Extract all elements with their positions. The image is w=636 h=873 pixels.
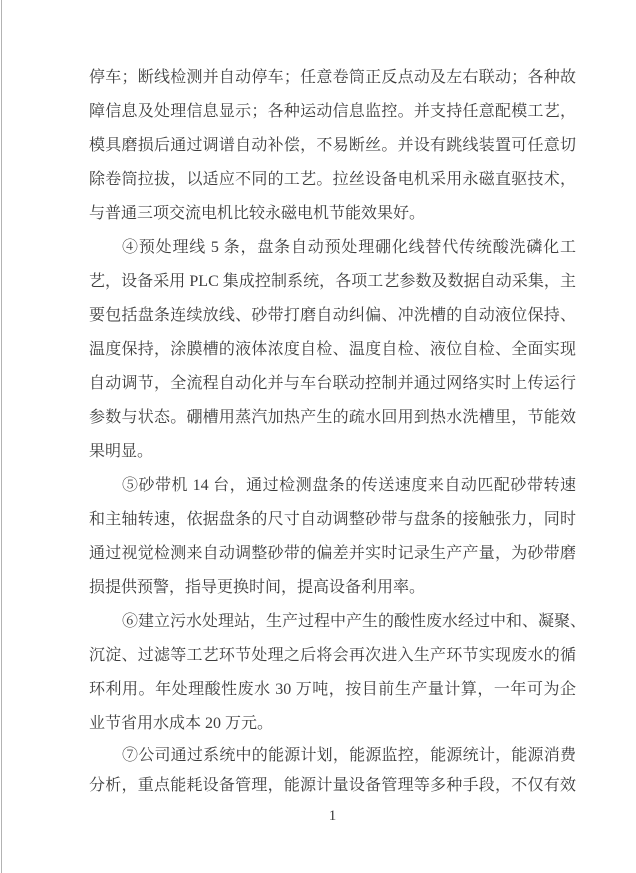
text-line: 障信息及处理信息显示；各种运动信息监控。并支持任意配模工艺， <box>89 95 576 129</box>
text-line: 除卷筒拉拔，以适应不同的工艺。拉丝设备电机采用永磁直驱技术， <box>89 163 576 197</box>
text-line: ⑤砂带机 14 台，通过检测盘条的传送速度来自动匹配砂带转速 <box>89 469 576 503</box>
text-line: 参数与状态。硼槽用蒸汽加热产生的疏水回用到热水洗槽里，节能效 <box>89 401 576 435</box>
text-line: 与普通三项交流电机比较永磁电机节能效果好。 <box>89 197 576 231</box>
paragraph: 停车；断线检测并自动停车；任意卷筒正反点动及左右联动；各种故 障信息及处理信息显… <box>89 61 576 231</box>
text-line: 要包括盘条连续放线、砂带打磨自动纠偏、冲洗槽的自动液位保持、 <box>89 299 576 333</box>
text-line: 果明显。 <box>89 435 576 469</box>
text-line: 业节省用水成本 20 万元。 <box>89 707 576 741</box>
text-column: 停车；断线检测并自动停车；任意卷筒正反点动及左右联动；各种故 障信息及处理信息显… <box>89 61 576 801</box>
paragraph: ⑥建立污水处理站，生产过程中产生的酸性废水经过中和、凝聚、 沉淀、过滤等工艺环节… <box>89 605 576 741</box>
text-line: ⑦公司通过系统中的能源计划，能源监控，能源统计，能源消费 <box>89 741 576 771</box>
text-line: 自动调节，全流程自动化并与车台联动控制并通过网络实时上传运行 <box>89 367 576 401</box>
window-left-border <box>1 0 2 873</box>
text-line: 沉淀、过滤等工艺环节处理之后将会再次进入生产环节实现废水的循 <box>89 639 576 673</box>
text-line: 分析，重点能耗设备管理，能源计量设备管理等多种手段，不仅有效 <box>89 771 576 801</box>
text-line: ⑥建立污水处理站，生产过程中产生的酸性废水经过中和、凝聚、 <box>89 605 576 639</box>
paragraph: ④预处理线 5 条，盘条自动预处理硼化线替代传统酸洗磷化工 艺，设备采用 PLC… <box>89 231 576 469</box>
text-line: 损提供预警，指导更换时间，提高设备利用率。 <box>89 571 576 605</box>
text-line: 模具磨损后通过调谱自动补偿，不易断丝。并设有跳线装置可任意切 <box>89 129 576 163</box>
text-line: 温度保持，涂膜槽的液体浓度自检、温度自检、液位自检、全面实现 <box>89 333 576 367</box>
text-line: 环利用。年处理酸性废水 30 万吨，按目前生产量计算，一年可为企 <box>89 673 576 707</box>
paragraph: ⑤砂带机 14 台，通过检测盘条的传送速度来自动匹配砂带转速 和主轴转速，依据盘… <box>89 469 576 605</box>
text-line: ④预处理线 5 条，盘条自动预处理硼化线替代传统酸洗磷化工 <box>89 231 576 265</box>
paragraph: ⑦公司通过系统中的能源计划，能源监控，能源统计，能源消费 分析，重点能耗设备管理… <box>89 741 576 801</box>
text-line: 艺，设备采用 PLC 集成控制系统，各项工艺参数及数据自动采集，主 <box>89 265 576 299</box>
text-line: 和主轴转速，依据盘条的尺寸自动调整砂带与盘条的接触张力，同时 <box>89 503 576 537</box>
page-number: 1 <box>89 806 576 826</box>
text-line: 停车；断线检测并自动停车；任意卷筒正反点动及左右联动；各种故 <box>89 61 576 95</box>
text-line: 通过视觉检测来自动调整砂带的偏差并实时记录生产产量，为砂带磨 <box>89 537 576 571</box>
